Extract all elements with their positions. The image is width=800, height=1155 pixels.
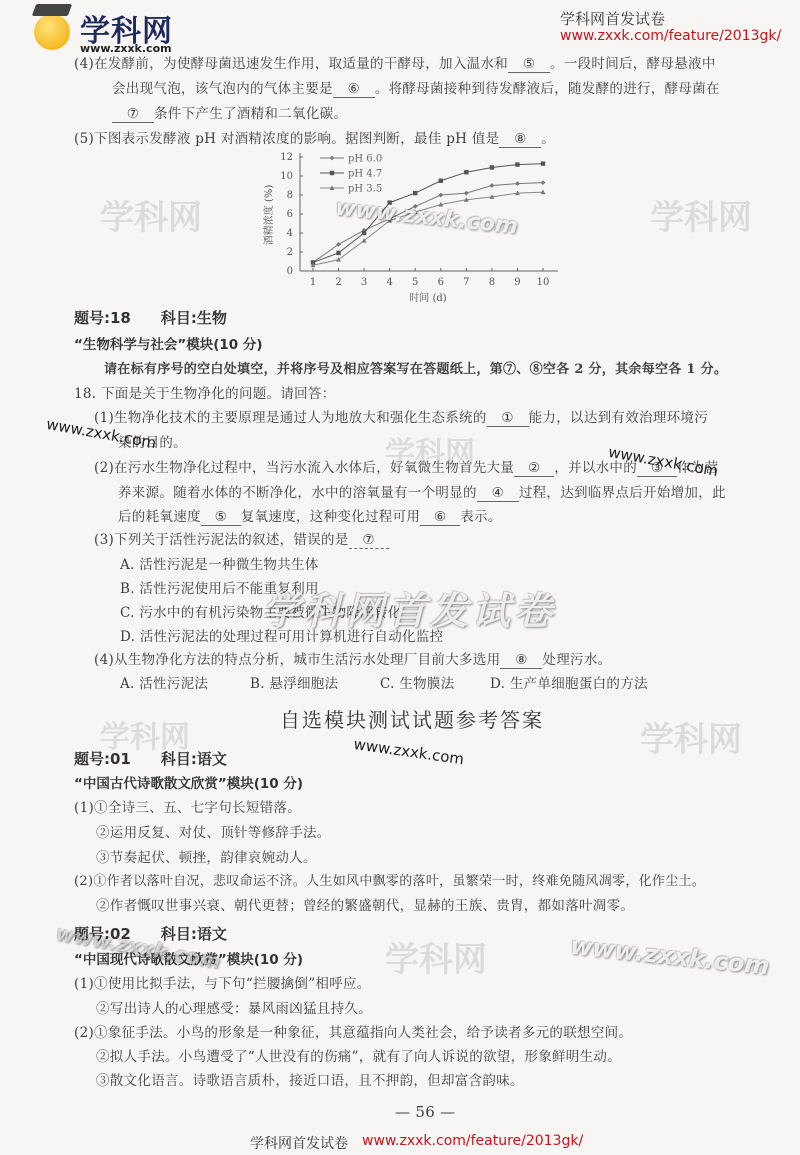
q02-answer-line: (2)①象征手法。小鸟的形象是一种象征，其意蕴指向人类社会，给予读者多元的联想空…: [74, 1021, 632, 1041]
q01-answer-line: (1)①全诗三、五、七字句长短错落。: [74, 796, 301, 816]
graduation-cap-icon: [32, 4, 72, 16]
text: 能力，以达到有效治理环境污: [529, 410, 708, 426]
q01-module: “中国古代诗歌散文欣赏”模块(10 分): [74, 772, 303, 792]
watermark-url: www.zxxk.com: [352, 735, 465, 768]
q18-instruction: 请在标有序号的空白处填空，并将序号及相应答案写在答题纸上，第⑦、⑧空各 2 分，…: [104, 358, 727, 377]
q02-answer-line: ②拟人手法。小鸟遭受了“人世没有的伤痛”，就有了向人诉说的欲望，形象鲜明生动。: [96, 1045, 621, 1065]
blank-4: ④: [477, 485, 519, 502]
text: 养来源。随着水体的不断净化，水中的溶氧量有一个明显的: [118, 485, 477, 501]
y-tick-label: 8: [287, 190, 293, 201]
text: 后的耗氧速度: [118, 509, 201, 525]
watermark-logo: 学科网: [100, 712, 190, 756]
blank-7: ⑦: [112, 106, 154, 123]
text: 条件下产生了酒精和二氧化碳。: [154, 106, 347, 122]
q18-p4-option-d: D. 生产单细胞蛋白的方法: [490, 672, 648, 692]
watermark-big: 学科网首发试卷: [262, 580, 556, 635]
watermark-logo: 学科网: [100, 190, 202, 239]
data-point: [490, 165, 494, 169]
blank-1: ①: [487, 410, 529, 427]
data-point: [464, 170, 468, 174]
page-number: — 56 —: [395, 1103, 455, 1121]
x-tick-label: 3: [361, 277, 367, 288]
text: (1)生物净化技术的主要原理是通过人为地放大和强化生态系统的: [94, 410, 487, 426]
q18-p2-line2: 养来源。随着水体的不断净化，水中的溶氧量有一个明显的④过程，达到临界点后开始增加…: [118, 481, 726, 502]
q01-answer-line: ③节奏起伏、顿挫，韵律哀婉动人。: [96, 846, 317, 866]
q01-answer-line: (2)①作者以落叶自况，悲叹命运不济。人生如风中飘零的落叶，虽繁荣一时，终难免随…: [74, 870, 705, 889]
header-right-title: 学科网首发试卷: [560, 8, 665, 29]
y-axis-label: 酒精浓度 (%): [262, 185, 275, 246]
watermark-logo: 学科网: [640, 712, 742, 761]
data-point: [541, 180, 546, 185]
footer-title: 学科网首发试卷: [250, 1133, 348, 1153]
text: (4)在发酵前，为使酵母菌迅速发生作用，取适量的干酵母，加入温水和: [74, 56, 508, 72]
text: (3)下列关于活性污泥法的叙述，错误的是: [94, 532, 349, 548]
y-tick-label: 12: [280, 152, 293, 163]
blank-6: ⑥: [420, 509, 460, 526]
blank-2: ②: [514, 460, 554, 477]
q18-stem: 18. 下面是关于生物净化的问题。请回答：: [74, 382, 336, 402]
q02-answer-line: ③散文化语言。诗歌语言质朴，接近口语，且不押韵，但却富含韵味。: [96, 1069, 524, 1089]
x-tick-label: 7: [463, 277, 469, 288]
legend-marker: [330, 156, 335, 161]
q18-p1-line1: (1)生物净化技术的主要原理是通过人为地放大和强化生态系统的①能力，以达到有效治…: [94, 406, 708, 427]
text: 表示。: [460, 509, 501, 525]
q17-p4-line3: ⑦条件下产生了酒精和二氧化碳。: [112, 102, 347, 123]
q18-p4-option-b: B. 悬浮细胞法: [250, 672, 338, 692]
site-logo[interactable]: 学科网 www.zxxk.com: [30, 2, 180, 57]
watermark-url: www.zxxk.com: [569, 932, 771, 981]
y-tick-label: 0: [287, 266, 293, 277]
data-point: [336, 257, 341, 262]
text: 复氧速度，这种变化过程可用: [241, 509, 420, 525]
y-tick-label: 2: [287, 247, 293, 258]
q01-answer-line: ②作者慨叹世事兴衰、朝代更替；曾经的繁盛朝代，显赫的王族、贵胄，都如落叶凋零。: [96, 894, 634, 914]
legend-marker: [330, 171, 334, 175]
legend-label: pH 4.7: [348, 169, 382, 180]
q18-module: “生物科学与社会”模块(10 分): [74, 333, 263, 353]
text: 过程，达到临界点后开始增加，此: [519, 485, 726, 501]
text: (4)从生物净化方法的特点分析，城市生活污水处理厂目前大多选用: [94, 652, 500, 668]
blank-7: ⑦: [349, 532, 389, 549]
x-tick-label: 5: [412, 277, 418, 288]
data-point: [541, 161, 545, 165]
y-tick-label: 4: [287, 228, 293, 239]
data-point: [336, 251, 340, 255]
y-tick-label: 6: [287, 209, 293, 220]
data-point: [362, 231, 366, 235]
blank-8: ⑧: [500, 652, 542, 669]
data-point: [464, 191, 469, 196]
mascot-icon: [34, 14, 70, 50]
q18-p4-option-a: A. 活性污泥法: [120, 672, 208, 692]
blank-5: ⑤: [508, 56, 550, 73]
exam-page: 学科网 www.zxxk.com 学科网首发试卷 www.zxxk.com/fe…: [0, 0, 800, 1155]
q18-p3-option-a: A. 活性污泥是一种微生物共生体: [120, 553, 319, 573]
text: 处理污水。: [542, 652, 611, 668]
legend-label: pH 6.0: [348, 154, 382, 165]
q18-p2-line3: 后的耗氧速度⑤复氧速度，这种变化过程可用⑥表示。: [118, 505, 502, 526]
blank-6: ⑥: [333, 81, 375, 98]
x-tick-label: 8: [489, 277, 495, 288]
q18-p4-option-c: C. 生物膜法: [380, 672, 455, 692]
data-point: [439, 179, 443, 183]
data-point: [413, 191, 417, 195]
text: 会出现气泡，该气泡内的气体主要是: [112, 81, 333, 97]
data-point: [515, 162, 519, 166]
watermark-logo: 学科网: [650, 190, 752, 239]
q02-answer-line: (1)①使用比拟手法，与下句“拦腰擒倒”相呼应。: [74, 972, 371, 992]
x-tick-label: 2: [335, 277, 341, 288]
answers-section-title: 自选模块测试试题参考答案: [280, 704, 544, 733]
x-axis-label: 时间 (d): [409, 291, 446, 304]
text: 。将酵母菌接种到待发酵液后，随发酵的进行，酵母菌在: [375, 81, 720, 97]
q18-heading: 题号:18 科目:生物: [74, 307, 227, 328]
legend-label: pH 3.5: [348, 184, 382, 195]
text: 。一段时间后，酵母悬液中: [550, 56, 716, 72]
x-tick-label: 1: [310, 277, 316, 288]
data-point: [515, 181, 520, 186]
x-tick-label: 6: [438, 277, 444, 288]
q18-p3: (3)下列关于活性污泥法的叙述，错误的是⑦: [94, 528, 389, 549]
q02-answer-line: ②写出诗人的心理感受：暴风雨凶猛且持久。: [96, 997, 372, 1017]
blank-5: ⑤: [201, 509, 241, 526]
q18-p4: (4)从生物净化方法的特点分析，城市生活污水处理厂目前大多选用⑧处理污水。: [94, 648, 611, 669]
y-tick-label: 10: [280, 171, 293, 182]
footer-url[interactable]: www.zxxk.com/feature/2013gk/: [362, 1133, 583, 1149]
x-tick-label: 4: [386, 277, 392, 288]
x-tick-label: 9: [514, 277, 520, 288]
data-point: [489, 183, 494, 188]
q17-p4-line2: 会出现气泡，该气泡内的气体主要是⑥。将酵母菌接种到待发酵液后，随发酵的进行，酵母…: [112, 77, 720, 98]
data-point: [438, 193, 443, 198]
x-tick-label: 10: [537, 277, 550, 288]
q01-answer-line: ②运用反复、对仗、顶针等修辞手法。: [96, 821, 331, 841]
header-right-url[interactable]: www.zxxk.com/feature/2013gk/: [560, 28, 781, 44]
q17-p4-line1: (4)在发酵前，为使酵母菌迅速发生作用，取适量的干酵母，加入温水和⑤。一段时间后…: [74, 52, 716, 73]
watermark-logo: 学科网: [385, 428, 475, 472]
watermark-logo: 学科网: [385, 932, 487, 981]
